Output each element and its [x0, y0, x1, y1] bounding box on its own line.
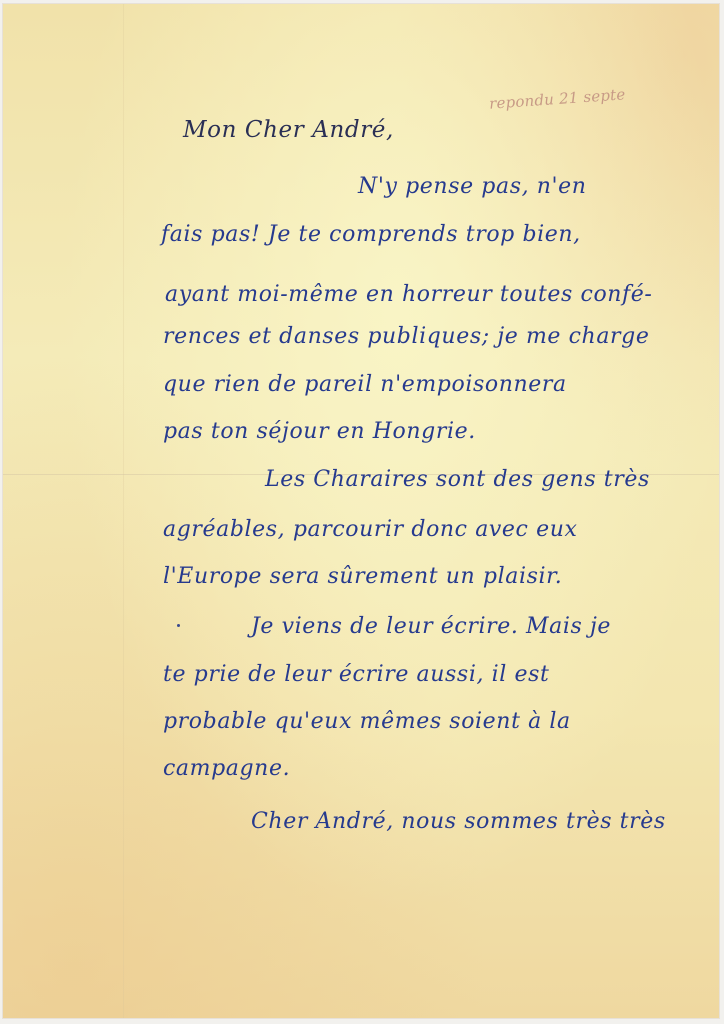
letter-line: l'Europe sera sûrement un plaisir. — [163, 564, 562, 589]
letter-line: fais pas! Je te comprends trop bien, — [161, 222, 581, 247]
ink-dot — [177, 624, 180, 627]
letter-line: campagne. — [163, 756, 290, 781]
letter-line: Cher André, nous sommes très très — [251, 809, 666, 834]
letter-salutation: Mon Cher André, — [183, 117, 394, 143]
letter-line: que rien de pareil n'empoisonnera — [163, 372, 567, 397]
letter-line: pas ton séjour en Hongrie. — [163, 419, 476, 444]
letter-page: repondu 21 septe Mon Cher André, N'y pen… — [3, 4, 719, 1018]
letter-line: probable qu'eux mêmes soient à la — [163, 709, 571, 734]
letter-line: te prie de leur écrire aussi, il est — [163, 662, 549, 687]
letter-line: Les Charaires sont des gens très — [265, 467, 650, 492]
letter-line: agréables, parcourir donc avec eux — [163, 517, 577, 542]
letter-line: Je viens de leur écrire. Mais je — [251, 614, 611, 639]
letter-line: N'y pense pas, n'en — [358, 174, 587, 199]
letter-line: rences et danses publiques; je me charge — [163, 324, 649, 349]
reply-annotation: repondu 21 septe — [489, 85, 626, 112]
letter-line: ayant moi-même en horreur toutes confé- — [165, 282, 652, 307]
paper-crease — [123, 4, 124, 1018]
